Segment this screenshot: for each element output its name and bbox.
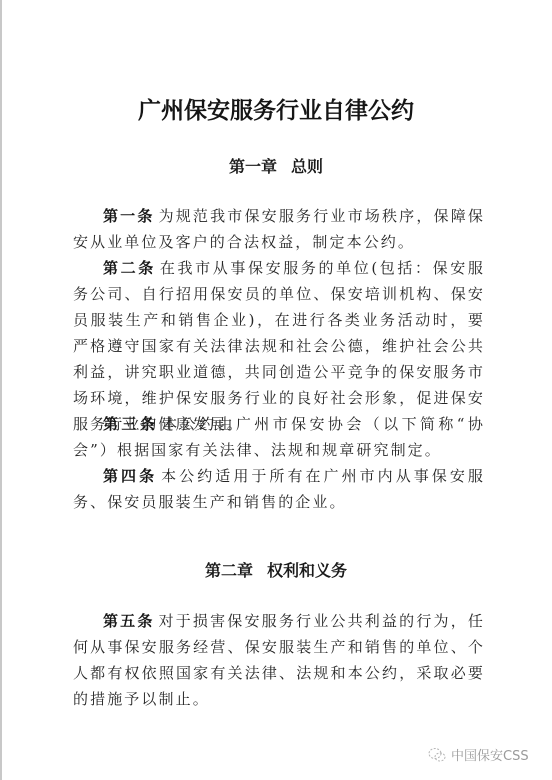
chapter-name: 权利和义务: [267, 561, 347, 580]
article-4: 第四条本公约适用于所有在广州市内从事保安服务、保安员服装生产和销售的企业。: [73, 463, 485, 515]
watermark: 中国保安CSS: [428, 745, 529, 764]
document-title: 广州保安服务行业自律公约: [0, 92, 552, 125]
wechat-icon: [428, 747, 446, 763]
chapter-number: 第一章: [229, 157, 277, 176]
article-label: 第四条: [103, 467, 157, 485]
article-label: 第一条: [103, 207, 155, 225]
article-2: 第二条在我市从事保安服务的单位(包括：保安服务公司、自行招用保安员的单位、保安培…: [73, 255, 485, 437]
article-3: 第三条本公约由广州市保安协会（以下简称“协会”）根据国家有关法律、法规和规章研究…: [73, 411, 485, 463]
article-1: 第一条为规范我市保安服务行业市场秩序，保障保安从业单位及客户的合法权益，制定本公…: [73, 203, 485, 255]
watermark-text: 中国保安CSS: [451, 745, 529, 764]
article-label: 第三条: [103, 415, 158, 433]
chapter-number: 第二章: [205, 561, 253, 580]
chapter-1-heading: 第一章总则: [0, 154, 552, 177]
article-label: 第二条: [103, 259, 156, 277]
article-5: 第五条对于损害保安服务行业公共利益的行为，任何从事保安服务经营、保安服装生产和销…: [73, 608, 485, 712]
article-text: 在我市从事保安服务的单位(包括：保安服务公司、自行招用保安员的单位、保安培训机构…: [73, 259, 485, 433]
article-label: 第五条: [103, 612, 155, 630]
chapter-name: 总则: [291, 157, 323, 176]
chapter-2-heading: 第二章权利和义务: [0, 558, 552, 581]
